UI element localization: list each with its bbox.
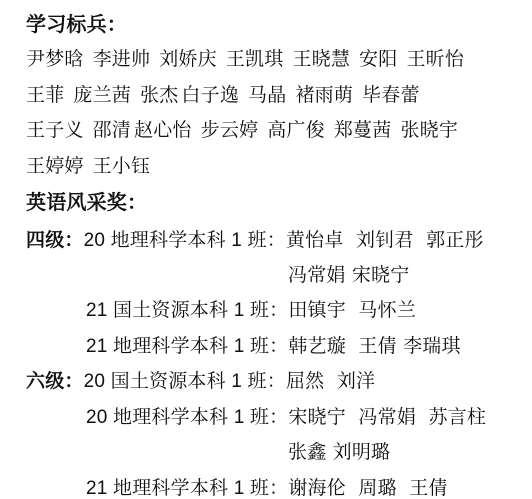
cet6-label: 六级：: [26, 370, 84, 392]
name: 庞兰茜: [73, 84, 131, 106]
class-name: 20 国土资源本科 1 班：: [84, 371, 286, 392]
name: 马晶: [248, 84, 286, 106]
cet4-entry-1-cont: 冯常娟 宋晓宁: [288, 263, 409, 287]
name: 白子逸: [181, 84, 239, 106]
award-names: 谢海伦 周璐 王倩: [288, 477, 447, 499]
name: 安阳: [359, 48, 397, 70]
english-award-heading: 英语风采奖：: [26, 190, 147, 214]
class-name: 21 地理科学本科 1 班：: [86, 478, 288, 499]
cet6-entry-3: 21 地理科学本科 1 班：谢海伦 周璐 王倩: [86, 476, 448, 499]
name: 王菲: [26, 84, 64, 106]
name: 王婷婷: [26, 155, 84, 177]
names-row-3: 王子义邵清赵心怡步云婷高广俊郑蔓茜张晓宇: [26, 118, 467, 142]
cet6-entry-2-cont: 张鑫 刘明璐: [288, 440, 390, 464]
cet6-entry-2: 20 地理科学本科 1 班：宋晓宁 冯常娟 苏言柱: [86, 405, 486, 430]
name: 褚雨萌: [295, 84, 353, 106]
name: 王昕怡: [406, 48, 464, 70]
class-name: 21 国土资源本科 1 班：: [86, 300, 288, 321]
name: 尹梦晗: [26, 48, 84, 70]
name: 张晓宇: [400, 119, 458, 141]
name: 邵清: [93, 119, 131, 141]
names-row-1: 尹梦晗李进帅刘娇庆王凯琪王晓慧安阳王昕怡: [26, 47, 473, 71]
name: 张杰: [140, 84, 178, 106]
name: 李进帅: [93, 48, 151, 70]
cet4-entry-1: 四级：20 地理科学本科 1 班：黄怡卓 刘钊君 郭正彤: [26, 228, 484, 253]
name: 步云婷: [201, 119, 259, 141]
class-name: 21 地理科学本科 1 班：: [86, 336, 288, 357]
name: 高广俊: [267, 119, 325, 141]
award-names: 韩艺璇 王倩 李瑞琪: [288, 335, 460, 357]
names-row-2: 王菲庞兰茜张杰白子逸马晶褚雨萌毕春蕾: [26, 83, 429, 107]
name: 王凯琪: [226, 48, 284, 70]
name: 刘娇庆: [159, 48, 217, 70]
names-row-4: 王婷婷王小钰: [26, 154, 159, 178]
class-name: 20 地理科学本科 1 班：: [84, 230, 286, 251]
cet4-entry-2: 21 国土资源本科 1 班：田镇宇 马怀兰: [86, 298, 416, 323]
name: 毕春蕾: [362, 84, 420, 106]
award-names: 屈然 刘洋: [286, 370, 375, 392]
name: 王小钰: [93, 155, 151, 177]
name: 王晓慧: [292, 48, 350, 70]
cet4-label: 四级：: [26, 229, 84, 251]
award-names: 田镇宇 马怀兰: [288, 299, 416, 321]
name: 王子义: [26, 119, 84, 141]
award-names: 宋晓宁 冯常娟 苏言柱: [288, 406, 486, 428]
class-name: 20 地理科学本科 1 班：: [86, 407, 288, 428]
name: 郑蔓茜: [334, 119, 392, 141]
award-names: 黄怡卓 刘钊君 郭正彤: [286, 229, 484, 251]
study-models-heading: 学习标兵：: [26, 12, 127, 36]
name: 赵心怡: [134, 119, 192, 141]
cet6-entry-1: 六级：20 国土资源本科 1 班：屈然 刘洋: [26, 369, 375, 394]
cet4-entry-3: 21 地理科学本科 1 班：韩艺璇 王倩 李瑞琪: [86, 334, 461, 359]
